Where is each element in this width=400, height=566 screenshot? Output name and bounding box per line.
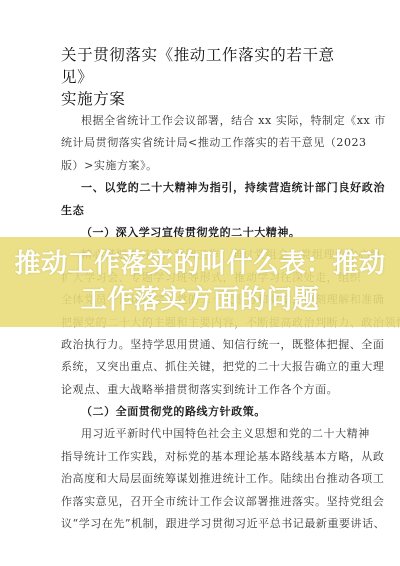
paragraph-line: 论观点、重大战略举措贯彻落实到统计工作各个方面。 (61, 379, 343, 401)
section-heading-line: 一、以党的二十大精神为指引，持续营造统计部门良好政治 (61, 177, 343, 199)
title-overlay-banner: 推动工作落实的叫什么表：推动工作落实方面的问题 (0, 237, 400, 327)
document-title: 关于贯彻落实《推动工作落实的若干意见》 实施方案 (61, 44, 343, 110)
section-heading-line: （二）全面贯彻党的路线方针政策。 (61, 401, 343, 423)
paragraph-line: 议“学习在先”机制，跟进学习贯彻习近平总书记最新重要讲话、 (61, 513, 343, 535)
title-line-2: 实施方案 (61, 90, 125, 108)
document-page: 关于贯彻落实《推动工作落实的若干意见》 实施方案 根据全省统计工作会议部署，结合… (0, 0, 400, 566)
paragraph-line: 根据全省统计工作会议部署，结合 xx 实际，特制定《xx 市 (61, 110, 343, 132)
paragraph-line: 作落实意见，召开全市统计工作会议部署推进落实。坚持党组会 (61, 491, 343, 513)
paragraph-line: 用习近平新时代中国特色社会主义思想和党的二十大精神 (61, 423, 343, 445)
banner-text: 推动工作落实的叫什么表：推动工作落实方面的问题 (10, 246, 390, 318)
paragraph-line: 版）>实施方案》。 (61, 155, 343, 177)
paragraph-line: 系统，又突出重点、抓住关键，把党的二十大报告确立的重大理 (61, 356, 343, 378)
section-heading-line: 生态 (61, 200, 343, 222)
document-header: 关于贯彻落实《推动工作落实的若干意见》 实施方案 (61, 44, 343, 110)
paragraph-line: 统计局贯彻落实省统计局<推动工作落实的若干意见（2023 (61, 132, 343, 154)
title-line-1: 关于贯彻落实《推动工作落实的若干意见》 (61, 46, 335, 86)
paragraph-line: 治高度和大局层面统筹谋划推进统计工作。陆续出台推动各项工 (61, 468, 343, 490)
paragraph-line: 政治执行力。坚持学思用贯通、知信行统一，既整体把握、全面 (61, 334, 343, 356)
paragraph-line: 指导统计工作实践，对标党的基本理论基本路线基本方略，从政 (61, 446, 343, 468)
